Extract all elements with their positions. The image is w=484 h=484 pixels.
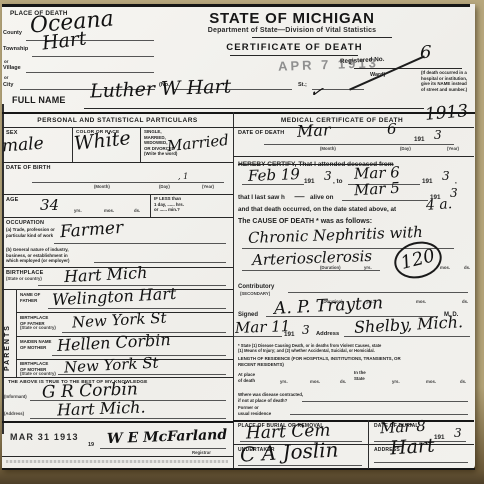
in-state-label: In the State: [354, 370, 366, 381]
occurred-line: and that death occurred, on the date sta…: [238, 206, 396, 214]
lastsaw-pre: that I last saw h: [238, 194, 285, 202]
scanned-death-certificate: PLACE OF DEATH County Oceana Township Ha…: [0, 0, 484, 484]
former-rule: [290, 414, 468, 415]
at-place-label: At place of death: [238, 372, 255, 383]
cause-code-value: 120: [399, 247, 437, 273]
dod-month-caption: (Month): [320, 147, 336, 151]
or-label-2: or: [4, 75, 8, 81]
mother-birthplace-label: BIRTHPLACE OF MOTHER (State or country): [20, 361, 56, 376]
physician-address-rule: [344, 336, 470, 337]
row-border: [2, 162, 233, 163]
medical-year-script: 1913: [424, 103, 469, 124]
dob-preprint: , 1: [178, 173, 188, 181]
age-mos: mos.: [104, 209, 114, 213]
undertaker-address-value: Hart: [389, 436, 435, 458]
certificate-paper: PLACE OF DEATH County Oceana Township Ha…: [2, 4, 475, 469]
former-line: usual residence: [238, 411, 271, 417]
res-yrs1: yrs.: [280, 380, 288, 384]
filed-date-stamp: MAR 31 1913: [10, 432, 79, 442]
signed-date-value: Mar 11: [235, 319, 291, 336]
father-birthplace-label: BIRTHPLACE OF FATHER (State or country): [20, 315, 56, 330]
township-line: [32, 56, 154, 57]
day-caption: (Day): [159, 185, 170, 189]
row-border: [233, 156, 474, 157]
column-divider: [233, 112, 234, 469]
cause-footnote: * State (1) Disease Causing Death, or in…: [238, 343, 381, 353]
occupation-line: [54, 243, 226, 244]
village-label: Village: [3, 65, 21, 72]
occ-b-line: which employed (or employer): [6, 258, 69, 264]
occupation-b-line: [94, 262, 226, 263]
cell-divider: [140, 127, 141, 162]
occupation-a-label: (a) Trade, profession or particular kind…: [6, 227, 55, 238]
signed-date-rule: [234, 336, 282, 337]
dob-line: [32, 182, 224, 183]
occ-a-line: particular kind of work: [6, 233, 55, 239]
father-bp-caption: (State or country): [20, 326, 56, 330]
duration-mos: mos.: [440, 266, 450, 270]
footnote-line: (1) Means of Injury; and (2) whether Acc…: [238, 348, 381, 353]
contracted-line: Where was disease contracted,: [238, 392, 303, 398]
date-of-death-label: DATE OF DEATH: [238, 130, 284, 137]
state-title: STATE OF MICHIGAN: [187, 10, 397, 27]
row-border: [2, 194, 233, 195]
occupation-value: Farmer: [59, 220, 123, 241]
dob-label: DATE OF BIRTH: [6, 165, 51, 172]
village-line: [26, 72, 154, 73]
physician-address-value: Shelby, Mich.: [354, 314, 464, 336]
bottom-border: [2, 468, 475, 470]
year-caption: (Year): [202, 185, 214, 189]
father-name-line: NAME OF: [20, 292, 40, 298]
month-caption: (Month): [94, 185, 110, 189]
lastsaw-value: Mar 5: [354, 181, 401, 198]
registrar-rule: [100, 448, 226, 449]
dod-year-caption: (Year): [447, 147, 459, 151]
res-ds1: ds.: [340, 380, 346, 384]
undertaker-rule: [238, 465, 362, 466]
signed-date-year-digit: 3: [302, 324, 310, 336]
marital-value: Married: [166, 133, 229, 154]
physician-address-label: Address: [316, 331, 339, 338]
sex-value: male: [1, 136, 44, 156]
former-residence-label: Former or usual residence: [238, 405, 271, 416]
cause-line1-value: Chronic Nephritis with: [248, 225, 423, 246]
residence-line: LENGTH OF RESIDENCE (FOR HOSPITALS, INST…: [238, 356, 401, 362]
father-name-label: NAME OF FATHER: [20, 292, 40, 303]
contracted-label: Where was disease contracted, if not at …: [238, 392, 303, 403]
duration2-ds: ds.: [462, 300, 468, 304]
personal-section-title: PERSONAL AND STATISTICAL PARTICULARS: [2, 117, 233, 124]
full-name-value: Luther W Hart: [90, 78, 232, 102]
res-mos1: mos.: [310, 380, 320, 384]
mother-birthplace-value: New York St: [64, 356, 159, 376]
undertaker-address-rule: [374, 462, 468, 463]
lastsaw-dash: —: [294, 191, 305, 202]
full-name-label: FULL NAME: [12, 95, 66, 106]
dod-rule: [264, 144, 454, 145]
scan-top-edge: [2, 4, 470, 7]
lastsaw-post: alive on: [310, 194, 333, 202]
registrar-signature: W E McFarland: [107, 428, 228, 446]
hospital-note-line: (If death occurred in a: [421, 70, 475, 76]
lastsaw-rule: [342, 200, 428, 201]
to-year-print: 191: [422, 178, 433, 186]
full-name-line: [84, 108, 424, 109]
registered-no-value: 6: [420, 44, 431, 62]
informant-address-value: Hart Mich.: [57, 399, 146, 418]
in-state-line: In the: [354, 370, 366, 376]
residence-header: LENGTH OF RESIDENCE (FOR HOSPITALS, INST…: [238, 356, 401, 367]
mother-bp-rule: [58, 374, 226, 375]
certificate-title: CERTIFICATE OF DEATH: [212, 42, 377, 53]
age-label: AGE: [6, 197, 19, 204]
informant-caption: (Informant): [4, 395, 27, 399]
father-name-line: FATHER: [20, 298, 40, 304]
dept-underline: [252, 37, 392, 38]
father-name-line-rule: [48, 308, 226, 309]
cause-code-circle: 120: [390, 237, 445, 284]
cause-rule2: [242, 270, 380, 271]
mother-name-value: Hellen Corbin: [57, 332, 171, 354]
residence-line: RECENT RESIDENTS): [238, 362, 401, 368]
contracted-line: if not at place of death?: [238, 398, 303, 404]
hospital-note-line: of street and number.): [421, 87, 475, 93]
dod-day-value: 6: [387, 122, 397, 137]
age-yrs: yrs.: [74, 209, 82, 213]
in-state-line: State: [354, 376, 366, 382]
mother-bp-caption: (State or country): [20, 372, 56, 376]
from-year-digit: 3: [324, 170, 332, 182]
burial-date-value: Mar 8: [380, 419, 427, 436]
to-year-digit: 3: [442, 170, 450, 182]
occ-a-line: (a) Trade, profession or: [6, 227, 55, 233]
father-birthplace-value: New York St: [72, 311, 167, 331]
parents-strip-divider: [16, 289, 17, 377]
at-place-line: At place: [238, 372, 255, 378]
res-yrs2: yrs.: [392, 380, 400, 384]
duration-caption: (Duration): [320, 266, 341, 270]
physician-signature: A. P. Trayton: [274, 295, 384, 318]
occupation-label: OCCUPATION: [6, 220, 44, 227]
birthplace-value: Hart Mich: [64, 265, 148, 285]
dod-year-print: 191: [414, 136, 425, 144]
if-less-line: IF LESS than: [154, 196, 184, 202]
age-ds: ds.: [134, 209, 140, 213]
to-label: , to: [333, 178, 342, 186]
contracted-rule: [302, 401, 468, 402]
hospital-note-line: give its NAME instead: [421, 81, 475, 87]
row-border: [2, 377, 233, 378]
dod-day-caption: (Day): [400, 147, 411, 151]
township-label: Township: [3, 46, 28, 53]
secondary-caption: (SECONDARY): [240, 292, 270, 296]
undertaker-value: C A Joslin: [240, 439, 339, 464]
at-place-line: of death: [238, 378, 255, 384]
attest-bottom-border: [2, 421, 233, 423]
mother-name-line: MAIDEN NAME: [20, 339, 51, 345]
birthplace-caption: (State or country): [6, 277, 42, 281]
hospital-note: (If death occurred in a hospital or inst…: [421, 70, 475, 92]
duration-yrs: yrs.: [364, 266, 372, 270]
cause-line2-value: Arteriosclerosis: [252, 249, 373, 268]
st-label: St.;: [298, 82, 307, 89]
pen-check: ✓: [309, 83, 325, 101]
color-race-value: White: [73, 129, 131, 154]
occurred-time-value: 4 a.: [426, 197, 453, 213]
duration-ds: ds.: [464, 266, 470, 270]
father-name-value: Welington Hart: [52, 286, 177, 308]
cell-divider: [150, 194, 151, 217]
occupation-b-label: (b) General nature of industry, business…: [6, 247, 69, 264]
address-caption: (Address): [4, 412, 24, 416]
row-border: [2, 456, 233, 457]
township-value: Hart: [41, 29, 88, 53]
county-label: County: [3, 30, 22, 37]
if-less-label: IF LESS than 1 day, ...... hrs. or .....…: [154, 196, 184, 213]
registered-line: [354, 68, 462, 69]
mother-name-label: MAIDEN NAME OF MOTHER: [20, 339, 51, 350]
address-rule: [30, 418, 226, 419]
mother-name-line: OF MOTHER: [20, 345, 51, 351]
or-label-1: or: [4, 59, 8, 65]
fine-print-strip: [6, 460, 228, 463]
burial-year-digit: 3: [454, 427, 462, 439]
dod-year-digit: 3: [434, 129, 442, 141]
res-mos2: mos.: [426, 380, 436, 384]
header-divider: [2, 112, 475, 114]
duration2-mos: mos.: [416, 300, 426, 304]
from-rule: [242, 184, 304, 185]
if-less-line: or ...... min.?: [154, 207, 184, 213]
dept-subtitle: Department of State—Division of Vital St…: [167, 27, 417, 34]
from-year-print: 191: [304, 178, 315, 186]
city-label: City: [3, 82, 13, 89]
medical-section-title: MEDICAL CERTIFICATE OF DEATH: [242, 117, 442, 124]
signed-date-year-print: 191: [284, 331, 295, 339]
filed-year-preprint: 19: [88, 442, 94, 449]
dod-month-value: Mar: [297, 122, 331, 140]
res-ds2: ds.: [460, 380, 466, 384]
comma: ,: [455, 178, 457, 186]
occ-b-line: (b) General nature of industry,: [6, 247, 69, 253]
registrar-caption: Registrar: [192, 451, 211, 455]
parents-label: PARENTS: [4, 299, 11, 371]
age-value: 34: [40, 198, 59, 213]
attended-from-value: Feb 19: [248, 167, 300, 184]
